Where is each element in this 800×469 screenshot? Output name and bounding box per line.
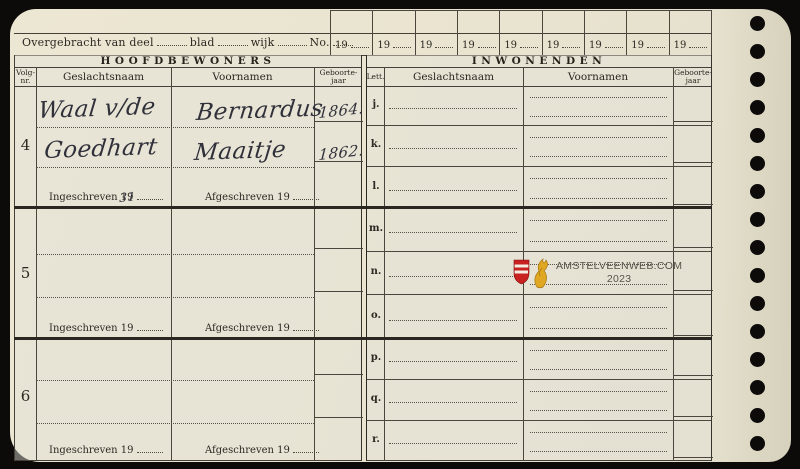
dotted-line (530, 116, 667, 117)
punch-hole (750, 240, 765, 255)
handwritten-firstname: Bernardus (195, 95, 325, 126)
handwritten-ingeschreven-year: 31 (119, 189, 136, 205)
dotted-line (530, 451, 667, 452)
geboortejaar-line (314, 248, 363, 249)
dotted-line (435, 41, 453, 48)
letter-label: q. (369, 393, 383, 404)
column-header-voornamen: Voornamen (523, 68, 673, 86)
dotted-line (389, 190, 517, 191)
volgnr-label: 6 (15, 387, 36, 405)
dotted-line (137, 193, 163, 200)
punch-hole (750, 352, 765, 367)
punch-hole (750, 324, 765, 339)
letter-label: j. (369, 99, 383, 110)
hoofdbewoners-block-4: 4 Waal v/de Bernardus 1864. Goedhart Maa… (15, 86, 361, 208)
dotted-line (389, 320, 517, 321)
inwonenden-row-r: r. (367, 421, 711, 461)
inwonenden-row-k: k. (367, 126, 711, 167)
year-cell: 19 (627, 11, 669, 55)
year-label: 19 (420, 40, 457, 51)
year-label: 19 (504, 40, 541, 51)
inwonenden-row-l: l. (367, 167, 711, 208)
geboortejaar-line (673, 290, 713, 291)
letter-label: k. (369, 139, 383, 150)
geboortejaar-line (673, 121, 713, 122)
dotted-line (137, 446, 163, 453)
geboortejaar-line (673, 162, 713, 163)
dotted-line (605, 41, 623, 48)
handwritten-surname: Goedhart (43, 134, 159, 164)
afgeschreven-label: Afgeschreven 19 (205, 192, 322, 203)
volgnr-label: 5 (15, 264, 36, 282)
letter-label: o. (369, 310, 383, 321)
dotted-line (530, 97, 667, 98)
dotted-line (530, 391, 667, 392)
letter-label: n. (369, 266, 383, 277)
dotted-line (530, 198, 667, 199)
dotted-line (293, 324, 319, 331)
geboortejaar-line (314, 417, 363, 418)
punch-hole (750, 44, 765, 59)
punch-hole (750, 296, 765, 311)
dotted-line (530, 241, 667, 242)
dotted-line (393, 41, 411, 48)
ingeschreven-label: Ingeschreven 19 (49, 323, 166, 334)
inwonenden-row-j: j. (367, 86, 711, 126)
year-cell: 19 (585, 11, 627, 55)
geboortejaar-line (673, 375, 713, 376)
handwritten-firstname: Maaitje (193, 137, 288, 166)
dotted-line (218, 38, 248, 46)
punch-hole (750, 184, 765, 199)
year-cell: 19 (670, 11, 711, 55)
dotted-line (530, 156, 667, 157)
column-header-voornamen: Voornamen (171, 68, 314, 86)
scan-background: Overgebracht van deelbladwijkNo. 19 19 1… (0, 0, 800, 469)
dotted-line (562, 41, 580, 48)
dotted-line (530, 220, 667, 221)
geboortejaar-line (673, 247, 713, 248)
year-cell: 19 (543, 11, 585, 55)
transfer-row: Overgebracht van deelbladwijkNo. (22, 36, 330, 49)
punch-hole (750, 156, 765, 171)
dotted-line (530, 432, 667, 433)
year-label: 19 (589, 40, 626, 51)
geboortejaar-line (314, 291, 363, 292)
dotted-line (293, 446, 319, 453)
column-header-geboortejaar: Geboorte- jaar (673, 68, 713, 86)
year-cell: 19 (416, 11, 458, 55)
dotted-line (530, 369, 667, 370)
ingeschreven-label: Ingeschreven 19 (49, 445, 166, 456)
punch-hole (750, 100, 765, 115)
dotted-line (389, 108, 517, 109)
dotted-line (689, 41, 707, 48)
dotted-line (36, 423, 314, 424)
dotted-line (389, 443, 517, 444)
dotted-line (478, 41, 496, 48)
dotted-line (389, 276, 517, 277)
dotted-line (157, 38, 187, 46)
wijk-label: wijk (251, 36, 275, 49)
volgnr-label: 4 (15, 136, 36, 154)
inwonenden-title: INWONENDEN (367, 55, 711, 67)
column-header-geslachtsnaam: Geslachtsnaam (384, 68, 523, 86)
ingeschreven-label: Ingeschreven 19 (49, 192, 166, 203)
dotted-line (530, 137, 667, 138)
dotted-line (530, 178, 667, 179)
handwritten-birthyear: 1864. (318, 99, 364, 122)
hoofdbewoners-title: HOOFDBEWONERS (15, 55, 361, 67)
year-grid: 19 19 19 19 19 19 19 19 19 (330, 10, 712, 55)
punch-hole (750, 408, 765, 423)
thick-divider (14, 206, 712, 209)
dotted-line (137, 324, 163, 331)
year-cell: 19 (458, 11, 500, 55)
letter-label: l. (369, 181, 383, 192)
blad-label: blad (190, 36, 215, 49)
punch-hole (750, 436, 765, 451)
no-label: No. (310, 36, 330, 49)
letter-label: r. (369, 434, 383, 445)
punch-hole (750, 380, 765, 395)
dotted-line (530, 350, 667, 351)
inwonenden-row-q: q. (367, 380, 711, 421)
column-header-geslachtsnaam: Geslachtsnaam (36, 68, 171, 86)
watermark-year: 2023 (556, 273, 682, 286)
geboortejaar-line (673, 335, 713, 336)
coat-of-arms-icon (512, 256, 552, 290)
register-card: Overgebracht van deelbladwijkNo. 19 19 1… (10, 9, 791, 462)
dotted-line (389, 148, 517, 149)
dotted-line (36, 167, 314, 168)
punch-hole (750, 268, 765, 283)
punch-hole (750, 16, 765, 31)
dotted-line (36, 297, 314, 298)
column-header-volgnr: Volg- nr. (15, 68, 36, 86)
dotted-line (293, 193, 319, 200)
column-header-geboortejaar: Geboorte- jaar (314, 68, 363, 86)
thick-divider (14, 337, 712, 340)
geboortejaar-line (673, 204, 713, 205)
letter-label: m. (369, 223, 383, 234)
punch-hole (750, 212, 765, 227)
year-label: 19 (462, 40, 499, 51)
dotted-line (389, 232, 517, 233)
inwonenden-row-o: o. (367, 295, 711, 339)
watermark: AMSTELVEENWEB.COM 2023 (512, 256, 682, 290)
dotted-line (36, 380, 314, 381)
dotted-line (36, 127, 314, 128)
punch-hole (750, 72, 765, 87)
punch-hole (750, 128, 765, 143)
hoofdbewoners-table: HOOFDBEWONERS Volg- nr. Geslachtsnaam Vo… (14, 55, 362, 461)
dotted-line (389, 361, 517, 362)
dotted-line (278, 38, 307, 46)
inwonenden-row-m: m. (367, 208, 711, 252)
dotted-line (530, 410, 667, 411)
dotted-line (351, 41, 369, 48)
overgebracht-label: Overgebracht van deel (22, 36, 154, 49)
hoofdbewoners-block-6: 6 Ingeschreven 19 Afgeschreven 19 (15, 339, 361, 461)
dotted-line (36, 254, 314, 255)
year-label: 19 (674, 40, 711, 51)
watermark-site: AMSTELVEENWEB.COM (556, 260, 682, 273)
handwritten-surname: Waal v/de (37, 94, 157, 124)
year-label: 19 (547, 40, 584, 51)
year-cell: 19 (373, 11, 415, 55)
year-cell: 19 (500, 11, 542, 55)
year-label: 19 (335, 40, 372, 51)
afgeschreven-label: Afgeschreven 19 (205, 445, 322, 456)
inwonenden-row-p: p. (367, 339, 711, 380)
year-label: 19 (377, 40, 414, 51)
afgeschreven-label: Afgeschreven 19 (205, 323, 322, 334)
dotted-line (520, 41, 538, 48)
year-cell: 19 (331, 11, 373, 55)
geboortejaar-line (673, 457, 713, 458)
letter-label: p. (369, 352, 383, 363)
hoofdbewoners-block-5: 5 Ingeschreven 19 Afgeschreven 19 (15, 208, 361, 339)
year-label: 19 (631, 40, 668, 51)
dotted-line (530, 328, 667, 329)
geboortejaar-line (314, 374, 363, 375)
column-header-lett: Lett. (367, 68, 384, 86)
dotted-line (389, 402, 517, 403)
dotted-line (647, 41, 665, 48)
geboortejaar-line (673, 416, 713, 417)
dotted-line (530, 307, 667, 308)
